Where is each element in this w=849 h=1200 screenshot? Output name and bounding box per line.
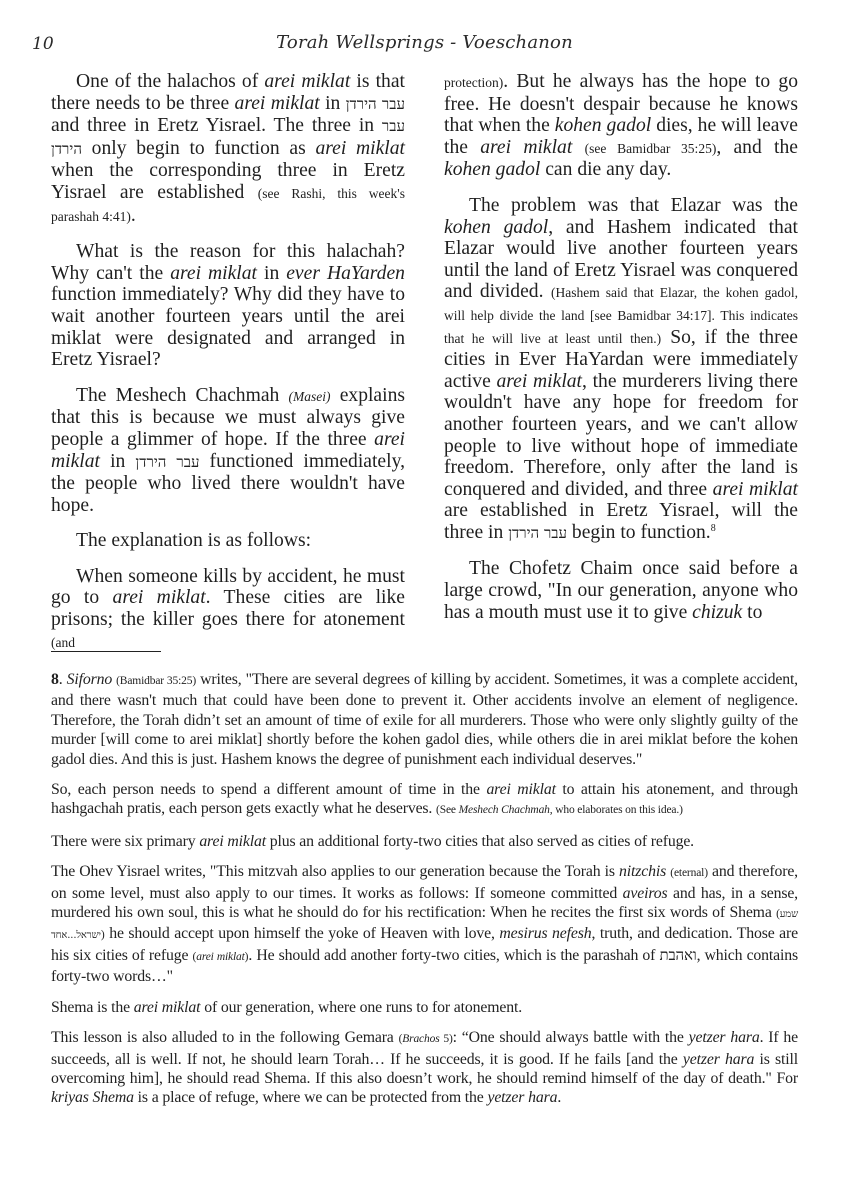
text-run: and three in Eretz Yisrael. The three in: [51, 115, 382, 136]
citation-text: (See: [436, 804, 459, 816]
footnote-paragraph: So, each person needs to spend a differe…: [51, 780, 798, 821]
italic-term: arei miklat: [134, 999, 201, 1016]
running-title: Torah Wellsprings - Voeschanon: [0, 32, 849, 53]
text-run: The explanation is as follows:: [76, 530, 311, 551]
citation-text: protection): [444, 75, 503, 90]
text-run: begin to function.: [567, 522, 711, 543]
italic-term: mesirus nefesh: [499, 925, 591, 942]
italic-term: arei miklat: [113, 587, 206, 608]
body-paragraph: The problem was that Elazar was the kohe…: [444, 195, 798, 545]
book-page: 10 Torah Wellsprings - Voeschanon One of…: [0, 0, 849, 1200]
text-run: .: [131, 205, 136, 226]
italic-term: nitzchis: [619, 863, 666, 880]
text-run: he should accept upon himself the yoke o…: [105, 925, 500, 942]
citation-text: (Bamidbar 35:25): [116, 675, 196, 687]
italic-term: arei miklat: [315, 138, 405, 159]
text-run: . He should add another forty-two cities…: [248, 947, 659, 964]
italic-term: arei miklat: [713, 479, 798, 500]
citation-text: (eternal): [670, 867, 708, 879]
footnote-reference[interactable]: 8: [711, 523, 716, 534]
citation-text: arei miklat: [196, 951, 244, 963]
text-run: So, each person needs to spend a differe…: [51, 781, 486, 798]
text-run: in: [320, 93, 346, 114]
italic-term: kohen gadol: [444, 159, 540, 180]
hebrew-text: עבר הירדן: [135, 453, 199, 471]
italic-term: arei miklat: [480, 137, 572, 158]
text-run: in: [100, 451, 135, 472]
text-run: , and the: [716, 137, 798, 158]
italic-term: chizuk: [692, 602, 742, 623]
footnote-number: 8: [51, 671, 59, 688]
italic-term: arei miklat: [496, 371, 582, 392]
citation-text: who elaborates on this idea.): [553, 804, 683, 816]
text-run: One of the halachos of: [76, 71, 264, 92]
text-run: : “One should always battle with the: [453, 1029, 689, 1046]
footnote-separator-rule: [51, 651, 161, 652]
text-run: to: [742, 602, 762, 623]
text-run: This lesson is also alluded to in the fo…: [51, 1029, 399, 1046]
text-run: .: [59, 671, 67, 688]
italic-term: Siforno: [67, 671, 112, 688]
left-column: One of the halachos of arei miklat is th…: [51, 71, 405, 667]
body-paragraph: The explanation is as follows:: [51, 530, 405, 552]
text-run: function immediately? Why did they have …: [51, 284, 405, 370]
hebrew-text: עבר הירדן: [508, 524, 567, 542]
citation-text: (see Bamidbar 35:25): [585, 141, 717, 156]
footnote-8: 8. Siforno (Bamidbar 35:25) writes, "The…: [51, 670, 798, 769]
italic-term: kriyas Shema: [51, 1089, 134, 1106]
text-run: in: [257, 263, 286, 284]
text-run: There were six primary: [51, 833, 199, 850]
body-paragraph: One of the halachos of arei miklat is th…: [51, 71, 405, 227]
italic-term: arei miklat: [486, 781, 555, 798]
italic-term: yetzer hara: [689, 1029, 760, 1046]
text-run: of our generation, where one runs to for…: [200, 999, 522, 1016]
citation-text: (and: [51, 635, 75, 650]
body-paragraph: The Meshech Chachmah (Masei) explains th…: [51, 385, 405, 517]
italic-term: arei miklat: [264, 71, 350, 92]
running-header: 10 Torah Wellsprings - Voeschanon: [0, 30, 849, 60]
hebrew-text: עבר הירדן: [346, 95, 405, 113]
text-run: is a place of refuge, where we can be pr…: [134, 1089, 488, 1106]
italic-term: yetzer hara: [683, 1051, 754, 1068]
italic-term: yetzer hara: [487, 1089, 557, 1106]
footnote-paragraph: The Ohev Yisrael writes, "This mitzvah a…: [51, 862, 798, 986]
text-run: .: [557, 1089, 561, 1106]
italic-term: aveiros: [623, 885, 668, 902]
text-run: The problem was that Elazar was the: [469, 195, 798, 216]
footnote-paragraph: There were six primary arei miklat plus …: [51, 832, 798, 851]
hebrew-text: ואהבת: [659, 946, 696, 964]
citation-text: (Masei): [289, 389, 331, 404]
italic-term: kohen gadol: [444, 217, 548, 238]
text-run: The Ohev Yisrael writes, "This mitzvah a…: [51, 863, 619, 880]
body-paragraph: The Chofetz Chaim once said before a lar…: [444, 558, 798, 623]
citation-text: Meshech Chachmah,: [459, 804, 553, 816]
italic-term: kohen gadol: [555, 115, 651, 136]
text-run: The Meshech Chachmah: [76, 385, 289, 406]
italic-term: arei miklat: [170, 263, 257, 284]
text-run: only begin to function as: [82, 138, 316, 159]
text-run: [572, 137, 584, 158]
body-paragraph: What is the reason for this halachah? Wh…: [51, 241, 405, 371]
italic-term: arei miklat: [235, 93, 320, 114]
citation-text: Brachos: [402, 1033, 439, 1045]
footnote-paragraph: Shema is the arei miklat of our generati…: [51, 998, 798, 1017]
citation-text: 5): [440, 1033, 453, 1045]
body-paragraph: protection). But he always has the hope …: [444, 71, 798, 181]
text-run: Shema is the: [51, 999, 134, 1016]
footnote-paragraph: This lesson is also alluded to in the fo…: [51, 1028, 798, 1108]
italic-term: arei miklat: [199, 833, 266, 850]
right-column: protection). But he always has the hope …: [444, 71, 798, 637]
text-run: plus an additional forty-two cities that…: [266, 833, 694, 850]
body-paragraph: When someone kills by accident, he must …: [51, 566, 405, 653]
text-run: can die any day.: [540, 159, 671, 180]
footnotes-section: 8. Siforno (Bamidbar 35:25) writes, "The…: [51, 670, 798, 1119]
italic-term: ever HaYarden: [286, 263, 405, 284]
